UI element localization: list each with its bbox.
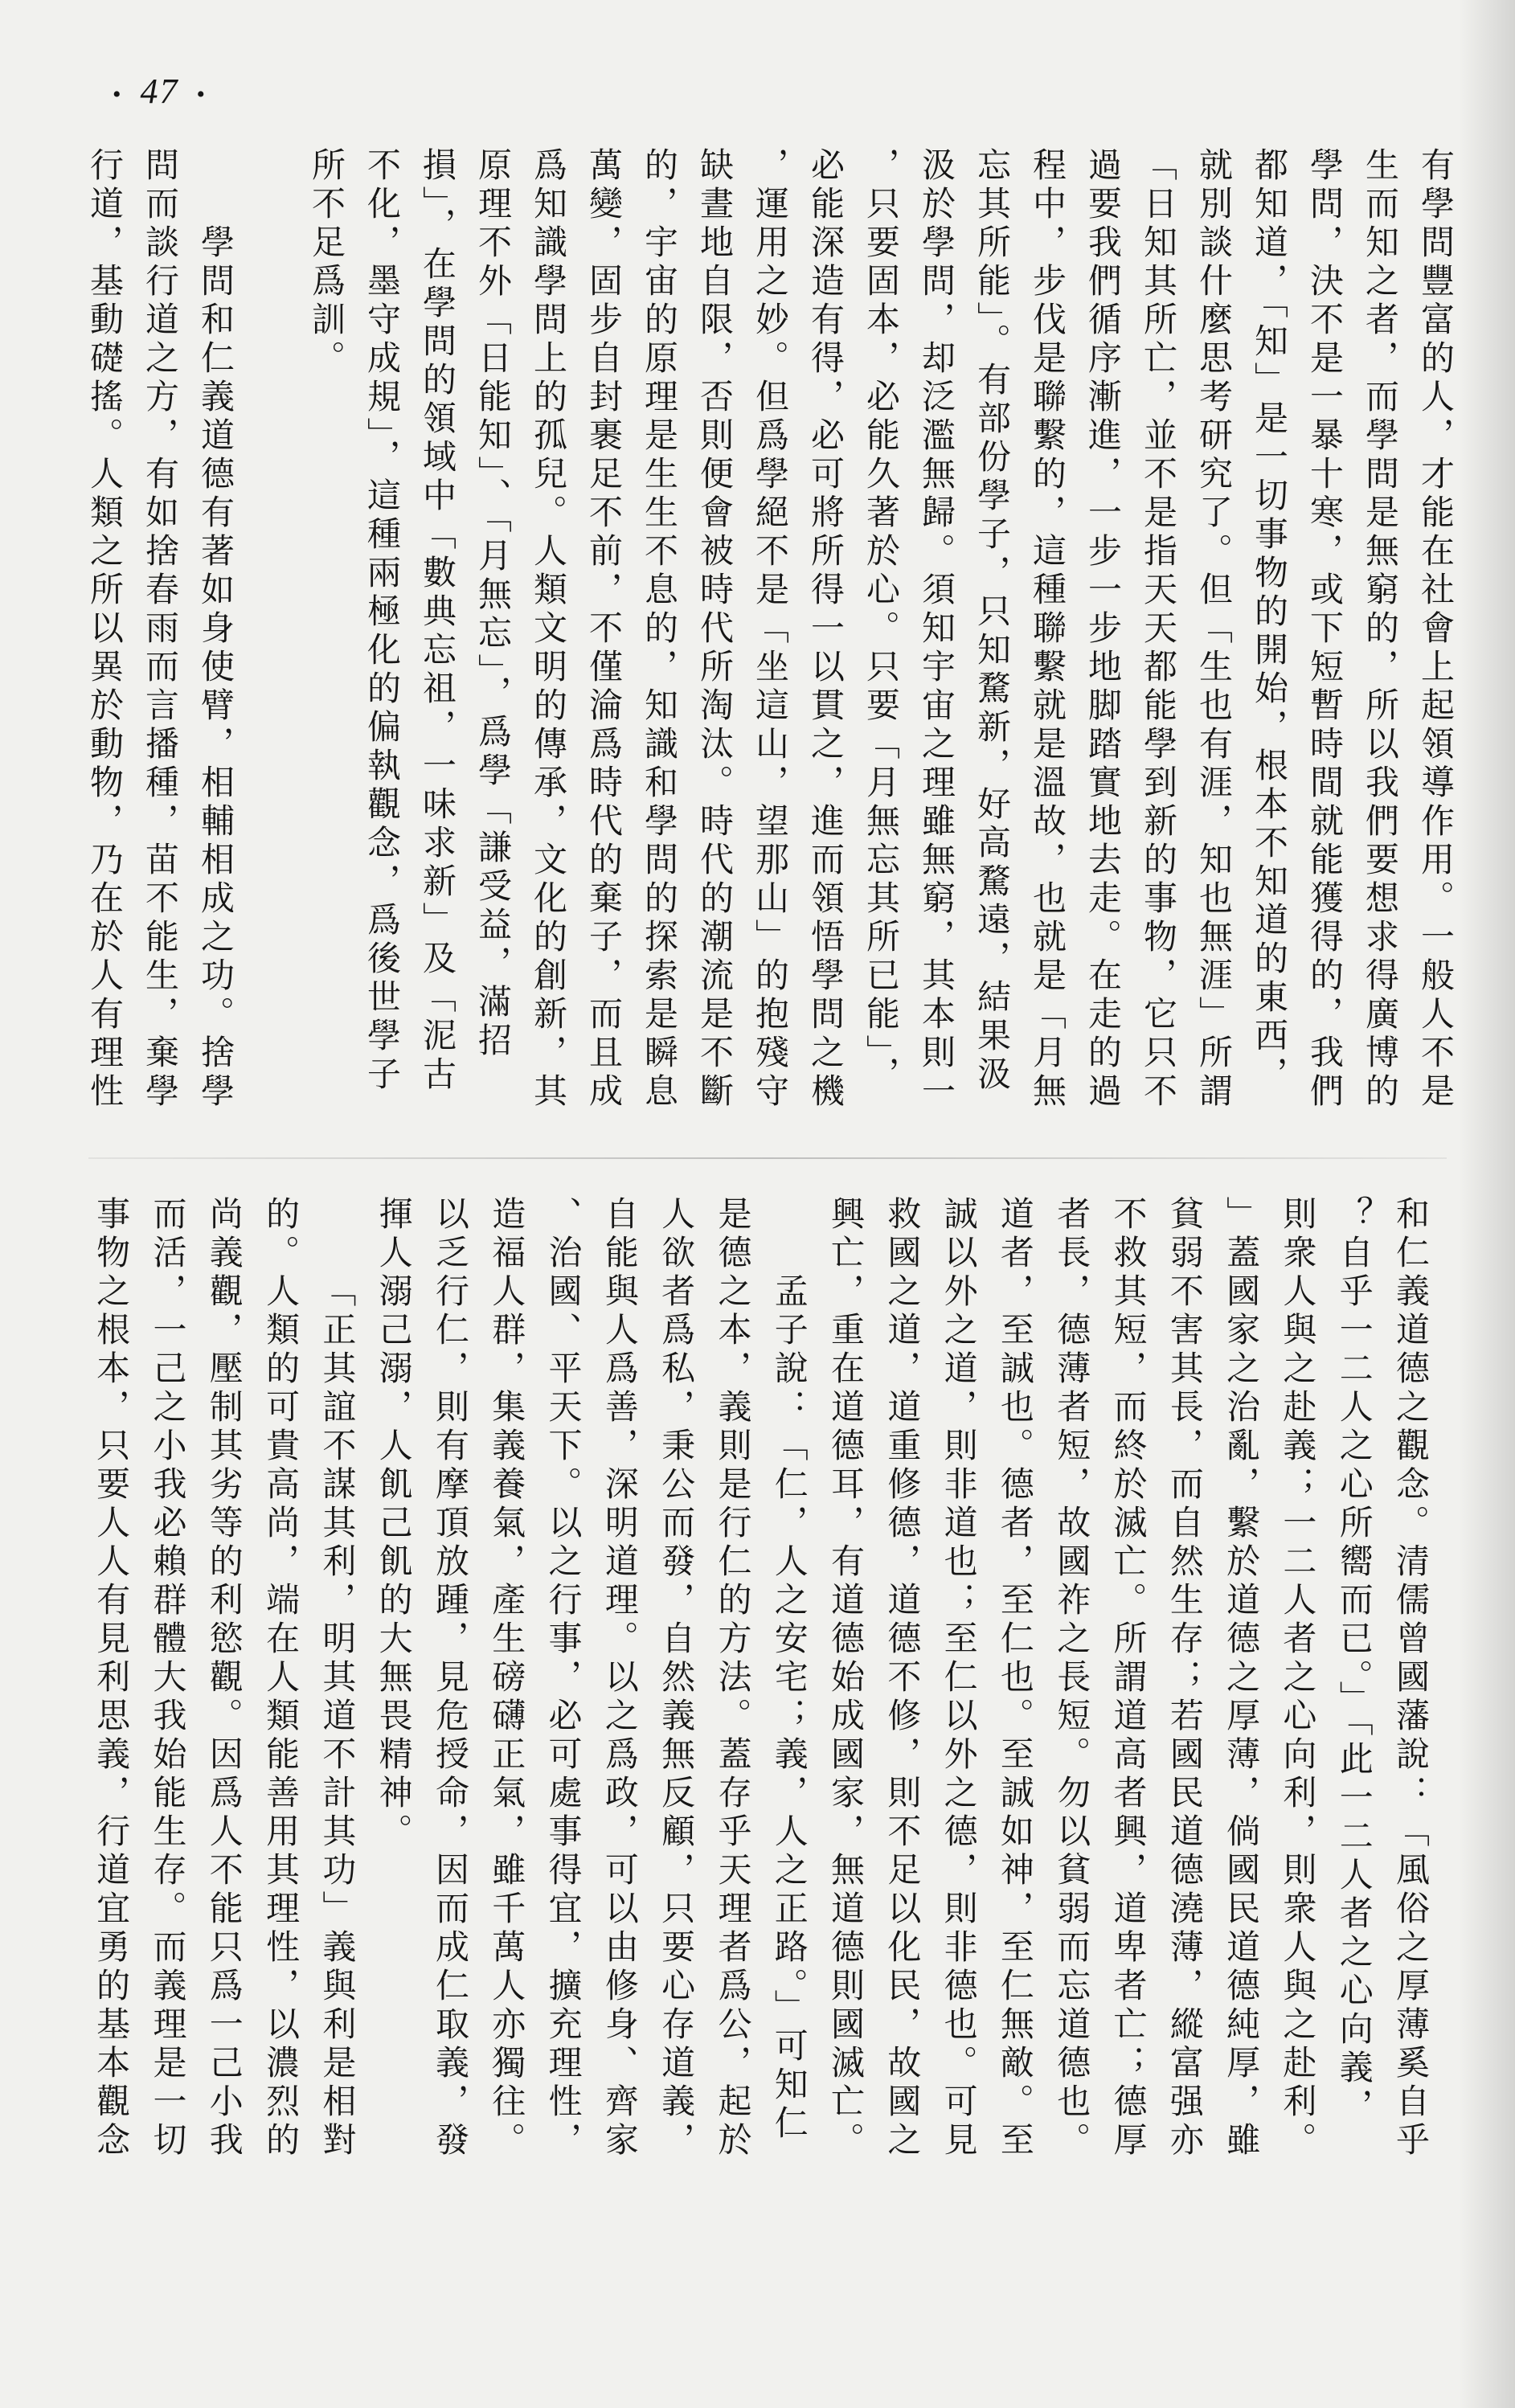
text-column: 造福人群，集義養氣，產生磅礴正氣，雖千萬人亦獨往。 <box>478 1196 534 2173</box>
text-column: 者長，德薄者短，故國祚之長短。勿以貧弱而忘道德也。 <box>1043 1196 1099 2173</box>
text-column: 忘其所能」。有部份學子，只知騖新，好高騖遠，結果汲 <box>964 147 1020 1124</box>
text-column: 誠以外之道，則非道也；至仁以外之德，則非德也。可見 <box>930 1196 986 2173</box>
text-column: 原理不外「日能知」、「月無忘」，爲學「謙受益，滿招 <box>465 147 521 1124</box>
text-column: 都知道，「知」是一切事物的開始，根本不知道的東西， <box>1242 147 1297 1124</box>
text-column: 事物之根本，只要人人有見利思義，行道宜勇的基本觀念 <box>83 1196 139 2173</box>
text-column: 和仁義道德之觀念。清儒曾國藩說：「風俗之厚薄奚自乎 <box>1382 1196 1439 2173</box>
text-column: 貧弱不害其長，而自然生存；若國民道德澆薄，縱富强亦 <box>1157 1196 1213 2173</box>
text-column: 則衆人與之赴義；一二人者之心向利，則衆人與之赴利。 <box>1269 1196 1325 2173</box>
text-column: 自能與人爲善，深明道理。以之爲政，可以由修身、齊家 <box>592 1196 648 2173</box>
page-number-value: 47 <box>141 72 179 111</box>
page-edge-shadow <box>1459 0 1515 2408</box>
text-column: 問而談行道之方，有如捨春雨而言播種，苗不能生，棄學 <box>133 147 188 1124</box>
text-column: 汲於學問，却泛濫無歸。須知宇宙之理雖無窮，其本則一 <box>909 147 964 1124</box>
bottom-text-block: 和仁義道德之觀念。清儒曾國藩說：「風俗之厚薄奚自乎 ？自乎一二人之心所嚮而已。」… <box>83 1196 1439 2173</box>
paragraph-gap: ​ <box>244 147 299 148</box>
text-column: 損」，在學問的領域中「數典忘祖，一味求新」及「泥古 <box>410 147 465 1124</box>
text-column: 的，宇宙的原理是生生不息的，知識和學問的探索是瞬息 <box>632 147 687 1124</box>
text-column: 所不足爲訓。 <box>299 147 354 1124</box>
page-number-dot-left: • <box>95 81 141 108</box>
text-column: 爲知識學問上的孤兒。人類文明的傳承，文化的創新，其 <box>521 147 576 1124</box>
text-column: ？自乎一二人之心所嚮而已。」「此一二人者之心向義， <box>1325 1196 1382 2173</box>
paragraph-start-column: 「正其誼不謀其利，明其道不計其功」義與利是相對 <box>309 1196 365 2173</box>
text-column: 人欲者爲私，秉公而發，自然義無反顧，只要心存道義， <box>648 1196 704 2173</box>
text-column: 必能深造有得，必可將所得一以貫之，進而領悟學問之機 <box>798 147 854 1124</box>
text-column: 不救其短，而終於滅亡。所謂道高者興，道卑者亡；德厚 <box>1099 1196 1156 2173</box>
text-column: 道者，至誠也。德者，至仁也。至誠如神，至仁無敵。至 <box>987 1196 1043 2173</box>
section-divider <box>88 1157 1447 1159</box>
text-column: 以乏行仁，則有摩頂放踵，見危授命，因而成仁取義，發 <box>422 1196 478 2173</box>
text-column: ，只要固本，必能久著於心。只要「月無忘其所已能」， <box>854 147 909 1124</box>
text-column: 有學問豐富的人，才能在社會上起領導作用。一般人不是 <box>1408 147 1464 1124</box>
text-column: 是德之本，義則是行仁的方法。蓋存乎天理者爲公，起於 <box>704 1196 760 2173</box>
text-column: 「日知其所亡，並不是指天天都能學到新的事物，它只不 <box>1131 147 1186 1124</box>
text-column: 興亡，重在道德耳，有道德始成國家，無道德則國滅亡。 <box>817 1196 874 2173</box>
text-column: 不化，墨守成規」，這種兩極化的偏執觀念，爲後世學子 <box>354 147 410 1124</box>
text-column: 、治國、平天下。以之行事，必可處事得宜，擴充理性， <box>534 1196 591 2173</box>
page-number: •47• <box>95 71 224 112</box>
text-column: 程中，步伐是聯繫的，這種聯繫就是溫故，也就是「月無 <box>1020 147 1075 1124</box>
text-column: 行道，基動礎搖。人類之所以異於動物，乃在於人有理性 <box>77 147 133 1124</box>
text-column: 尚義觀，壓制其劣等的利慾觀。因爲人不能只爲一己小我 <box>195 1196 252 2173</box>
paragraph-start-column: 學問和仁義道德有著如身使臂，相輔相成之功。捨學 <box>188 147 244 1124</box>
text-column: 」蓋國家之治亂，繫於道德之厚薄，倘國民道德純厚，雖 <box>1213 1196 1269 2173</box>
paragraph-start-column: 孟子說：「仁，人之安宅；義，人之正路。」可知仁 <box>760 1196 817 2173</box>
text-column: 萬變，固步自封裹足不前，不僅淪爲時代的棄子，而且成 <box>576 147 632 1124</box>
text-column: 救國之道，道重修德，道德不修，則不足以化民，故國之 <box>874 1196 930 2173</box>
text-column: 生而知之者，而學問是無窮的，所以我們要想求得廣博的 <box>1353 147 1408 1124</box>
text-column: 缺晝地自限，否則便會被時代所淘汰。時代的潮流是不斷 <box>687 147 743 1124</box>
text-column: 過要我們循序漸進，一步一步地脚踏實地去走。在走的過 <box>1075 147 1131 1124</box>
page-number-dot-right: • <box>179 81 225 108</box>
text-column: 揮人溺己溺，人飢己飢的大無畏精神。 <box>365 1196 421 2173</box>
text-column: 而活，一己之小我必賴群體大我始能生存。而義理是一切 <box>139 1196 195 2173</box>
text-column: 的。人類的可貴高尚，端在人類能善用其理性，以濃烈的 <box>252 1196 309 2173</box>
text-column: ，運用之妙。但爲學絕不是「坐這山，望那山」的抱殘守 <box>743 147 798 1124</box>
top-text-block: 有學問豐富的人，才能在社會上起領導作用。一般人不是 生而知之者，而學問是無窮的，… <box>77 147 1464 1124</box>
text-column: 就別談什麼思考研究了。但「生也有涯，知也無涯」所謂 <box>1186 147 1242 1124</box>
text-column: 學問，決不是一暴十寒，或下短暫時間就能獲得的，我們 <box>1297 147 1353 1124</box>
